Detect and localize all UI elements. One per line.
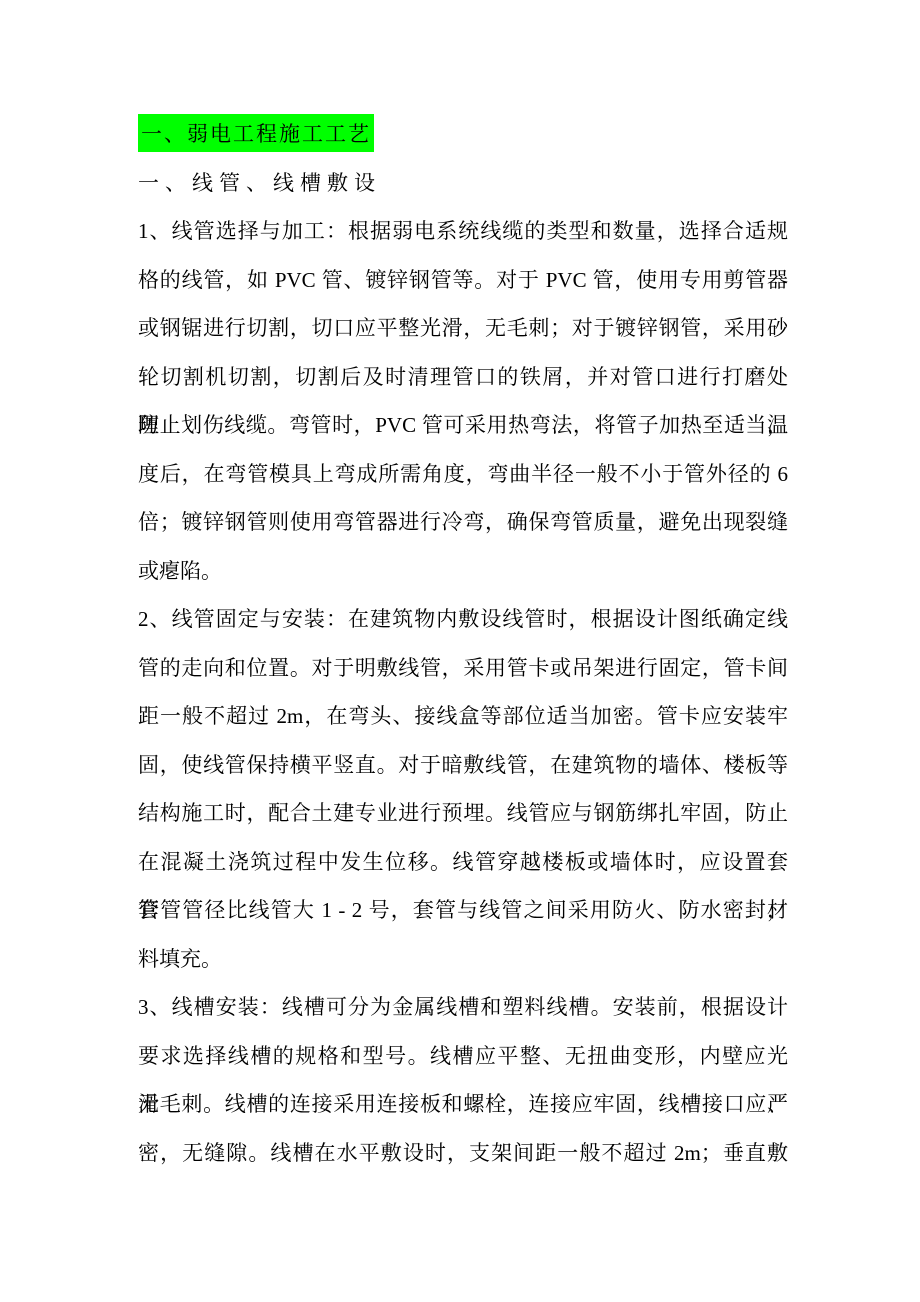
paragraph-1-line: 轮切割机切割，切割后及时清理管口的铁屑，并对管口进行打磨处理， xyxy=(138,353,788,402)
paragraph-2-line: 固，使线管保持横平竖直。对于暗敷线管，在建筑物的墙体、楼板等 xyxy=(138,741,788,790)
paragraph-1-line: 倍；镀锌钢管则使用弯管器进行冷弯，确保弯管质量，避免出现裂缝 xyxy=(138,498,788,547)
paragraph-1-last-line: 或瘪陷。 xyxy=(138,547,788,596)
paragraph-2-line: 2、线管固定与安装：在建筑物内敷设线管时，根据设计图纸确定线 xyxy=(138,595,788,644)
paragraph-1-line: 格的线管，如 PVC 管、镀锌钢管等。对于 PVC 管，使用专用剪管器 xyxy=(138,256,788,305)
section-heading: 一、线管、线槽敷设 xyxy=(138,159,788,208)
paragraph-2-line: 在混凝土浇筑过程中发生位移。线管穿越楼板或墙体时，应设置套管， xyxy=(138,838,788,887)
document-content: 一、弱电工程施工工艺 一、线管、线槽敷设 1、线管选择与加工：根据弱电系统线缆的… xyxy=(138,110,788,1177)
document-page: 一、弱电工程施工工艺 一、线管、线槽敷设 1、线管选择与加工：根据弱电系统线缆的… xyxy=(0,0,920,1302)
paragraph-2-last-line: 料填充。 xyxy=(138,935,788,984)
paragraph-1-line: 或钢锯进行切割，切口应平整光滑，无毛刺；对于镀锌钢管，采用砂 xyxy=(138,304,788,353)
paragraph-3-line: 要求选择线槽的规格和型号。线槽应平整、无扭曲变形，内壁应光滑、 xyxy=(138,1032,788,1081)
paragraph-1-line: 1、线管选择与加工：根据弱电系统线缆的类型和数量，选择合适规 xyxy=(138,207,788,256)
paragraph-2-line: 距一般不超过 2m，在弯头、接线盒等部位适当加密。管卡应安装牢 xyxy=(138,692,788,741)
paragraph-2-line: 套管管径比线管大 1 - 2 号，套管与线管之间采用防火、防水密封材 xyxy=(138,886,788,935)
paragraph-2-line: 管的走向和位置。对于明敷线管，采用管卡或吊架进行固定，管卡间 xyxy=(138,644,788,693)
paragraph-3-line: 密，无缝隙。线槽在水平敷设时，支架间距一般不超过 2m；垂直敷 xyxy=(138,1129,788,1178)
paragraph-3-line: 3、线槽安装：线槽可分为金属线槽和塑料线槽。安装前，根据设计 xyxy=(138,983,788,1032)
paragraph-2-line: 结构施工时，配合土建专业进行预埋。线管应与钢筋绑扎牢固，防止 xyxy=(138,789,788,838)
paragraph-1-line: 度后，在弯管模具上弯成所需角度，弯曲半径一般不小于管外径的 6 xyxy=(138,450,788,499)
paragraph-1-line: 防止划伤线缆。弯管时，PVC 管可采用热弯法，将管子加热至适当温 xyxy=(138,401,788,450)
paragraph-3-line: 无毛刺。线槽的连接采用连接板和螺栓，连接应牢固，线槽接口应严 xyxy=(138,1080,788,1129)
document-title-line: 一、弱电工程施工工艺 xyxy=(138,110,788,159)
highlighted-document-title: 一、弱电工程施工工艺 xyxy=(138,114,374,152)
